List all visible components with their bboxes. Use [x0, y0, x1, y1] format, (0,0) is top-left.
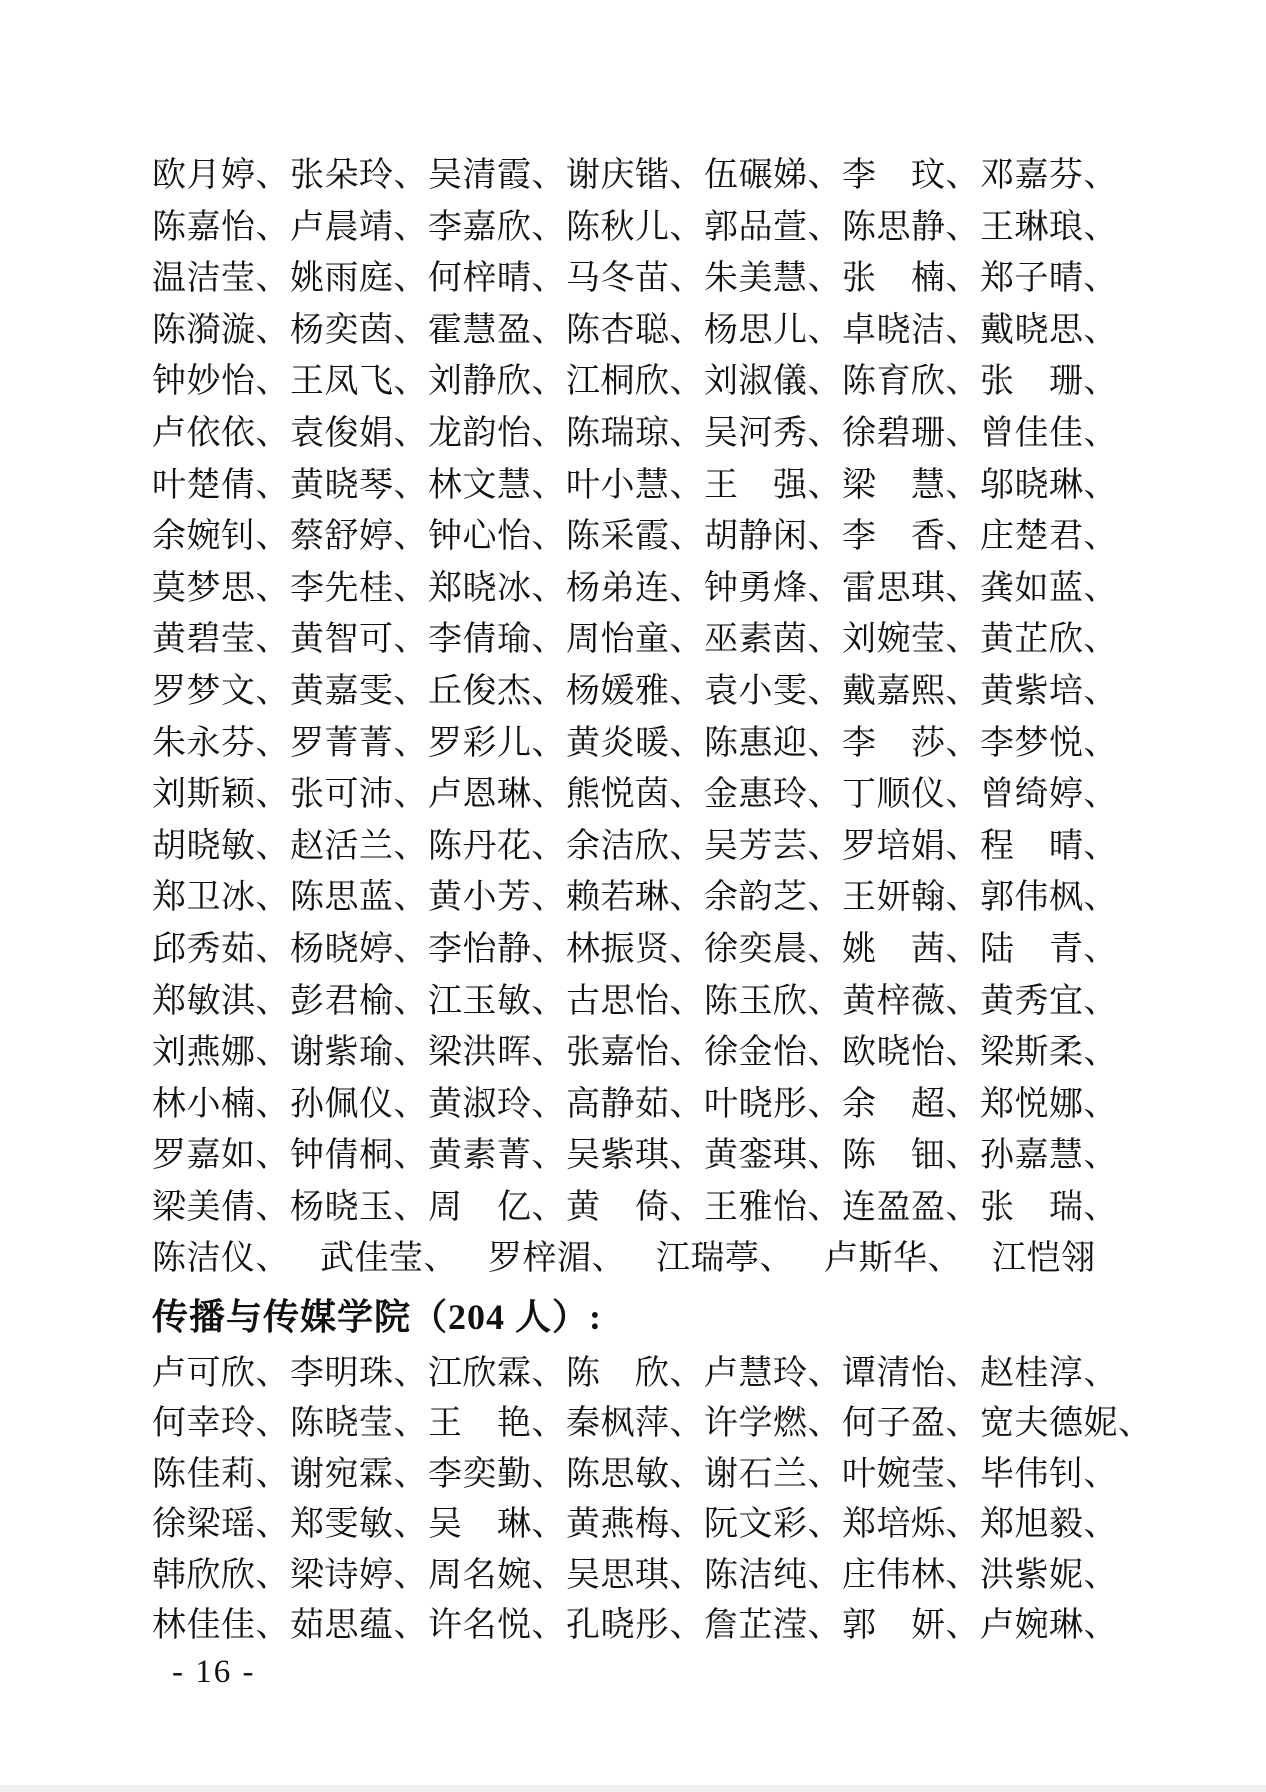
name-list-row: 何幸玲、陈晓莹、王 艳、秦枫萍、许学燃、何子盈、宽夫德妮、	[152, 1399, 1118, 1449]
student-name: 黄秀宜、	[980, 976, 1118, 1028]
student-name: 孔晓彤、	[566, 1601, 704, 1651]
student-name: 谢庆锴、	[566, 150, 704, 202]
student-name: 林振贤、	[566, 924, 704, 976]
name-list-row: 陈佳莉、谢宛霖、李奕勤、陈思敏、谢石兰、叶婉莹、毕伟钊、	[152, 1450, 1118, 1500]
student-name: 李 玟、	[842, 150, 980, 202]
student-name: 卢慧玲、	[704, 1349, 842, 1399]
student-name: 郑卫冰、	[152, 872, 290, 924]
name-list-row: 余婉钊、蔡舒婷、钟心怡、陈采霞、胡静闲、李 香、庄楚君、	[152, 511, 1118, 563]
student-name: 王妍翰、	[842, 872, 980, 924]
student-name: 雷思琪、	[842, 563, 980, 615]
student-name: 徐碧珊、	[842, 408, 980, 460]
student-name: 彭君榆、	[290, 976, 428, 1028]
student-name: 郭 妍、	[842, 1601, 980, 1651]
student-name: 曾佳佳、	[980, 408, 1118, 460]
student-name: 徐奕晨、	[704, 924, 842, 976]
student-name: 庄楚君、	[980, 511, 1118, 563]
student-name: 梁美倩、	[152, 1182, 290, 1234]
student-name: 林文慧、	[428, 460, 566, 512]
student-name: 龚如蓝、	[980, 563, 1118, 615]
name-list-row: 卢可欣、李明珠、江欣霖、陈 欣、卢慧玲、谭清怡、赵桂淳、	[152, 1349, 1118, 1399]
student-name: 叶小慧、	[566, 460, 704, 512]
student-name: 陈 钿、	[842, 1130, 980, 1182]
name-list-row: 叶楚倩、黄晓琴、林文慧、叶小慧、王 强、梁 慧、邬晓琳、	[152, 460, 1118, 512]
student-name: 卢晨靖、	[290, 202, 428, 254]
student-name: 黄芷欣、	[980, 614, 1118, 666]
student-name: 杨媛雅、	[566, 666, 704, 718]
student-name: 黄銮琪、	[704, 1130, 842, 1182]
student-name: 戴嘉熙、	[842, 666, 980, 718]
student-name: 王琳琅、	[980, 202, 1118, 254]
student-name: 林佳佳、	[152, 1601, 290, 1651]
student-name: 朱永芬、	[152, 718, 290, 770]
student-name: 周怡童、	[566, 614, 704, 666]
student-name: 庄伟林、	[842, 1551, 980, 1601]
student-name: 钟勇烽、	[704, 563, 842, 615]
name-list-row: 陈漪漩、杨奕茵、霍慧盈、陈杏聪、杨思儿、卓晓洁、戴晓思、	[152, 305, 1118, 357]
student-name: 朱美慧、	[704, 253, 842, 305]
student-name: 叶婉莹、	[842, 1450, 980, 1500]
student-name: 莫梦思、	[152, 563, 290, 615]
student-name: 叶楚倩、	[152, 460, 290, 512]
student-name: 宽夫德妮、	[980, 1399, 1153, 1449]
student-name: 陈育欣、	[842, 356, 980, 408]
name-list-row: 邱秀茹、杨晓婷、李怡静、林振贤、徐奕晨、姚 茜、陆 青、	[152, 924, 1118, 976]
name-list-row: 温洁莹、姚雨庭、何梓晴、马冬苗、朱美慧、张 楠、郑子晴、	[152, 253, 1118, 305]
student-name: 王雅怡、	[704, 1182, 842, 1234]
student-name: 李梦悦、	[980, 718, 1118, 770]
student-name: 陈洁纯、	[704, 1551, 842, 1601]
student-name: 余洁欣、	[566, 821, 704, 873]
student-name: 陈玉欣、	[704, 976, 842, 1028]
student-name: 茹思蕴、	[290, 1601, 428, 1651]
student-name: 黄晓琴、	[290, 460, 428, 512]
student-name: 陈洁仪、	[152, 1233, 290, 1285]
student-name: 许名悦、	[428, 1601, 566, 1651]
student-name: 李怡静、	[428, 924, 566, 976]
student-name: 梁斯柔、	[980, 1027, 1118, 1079]
student-name: 江欣霖、	[428, 1349, 566, 1399]
student-name: 龙韵怡、	[428, 408, 566, 460]
student-name: 伍碾娣、	[704, 150, 842, 202]
student-name: 钟妙怡、	[152, 356, 290, 408]
student-name: 邱秀茹、	[152, 924, 290, 976]
student-name: 丘俊杰、	[428, 666, 566, 718]
name-list-row: 胡晓敏、赵活兰、陈丹花、余洁欣、吴芳芸、罗培娟、程 晴、	[152, 821, 1118, 873]
student-name: 张 楠、	[842, 253, 980, 305]
student-name: 秦枫萍、	[566, 1399, 704, 1449]
student-name: 刘婉莹、	[842, 614, 980, 666]
student-name: 吴清霞、	[428, 150, 566, 202]
student-name: 黄碧莹、	[152, 614, 290, 666]
student-name: 余韵芝、	[704, 872, 842, 924]
student-name: 黄嘉雯、	[290, 666, 428, 718]
student-name: 胡晓敏、	[152, 821, 290, 873]
name-list-row: 林佳佳、茹思蕴、许名悦、孔晓彤、詹芷滢、郭 妍、卢婉琳、	[152, 1601, 1118, 1651]
student-name: 刘静欣、	[428, 356, 566, 408]
student-name: 姚雨庭、	[290, 253, 428, 305]
student-name: 郑子晴、	[980, 253, 1118, 305]
student-name: 江恺翎	[992, 1233, 1096, 1285]
student-name: 霍慧盈、	[428, 305, 566, 357]
name-list-row: 卢依依、袁俊娟、龙韵怡、陈瑞琼、吴河秀、徐碧珊、曾佳佳、	[152, 408, 1118, 460]
student-name: 赵桂淳、	[980, 1349, 1118, 1399]
student-name: 黄 倚、	[566, 1182, 704, 1234]
student-name: 梁 慧、	[842, 460, 980, 512]
student-name: 李 莎、	[842, 718, 980, 770]
student-name: 陈晓莹、	[290, 1399, 428, 1449]
student-name: 黄智可、	[290, 614, 428, 666]
name-list-row: 韩欣欣、梁诗婷、周名婉、吴思琪、陈洁纯、庄伟林、洪紫妮、	[152, 1551, 1118, 1601]
student-name: 江瑞葶、	[656, 1233, 794, 1285]
student-name: 钟倩桐、	[290, 1130, 428, 1182]
student-name: 武佳莹、	[320, 1233, 458, 1285]
student-name: 邓嘉芬、	[980, 150, 1118, 202]
student-name: 郭品萱、	[704, 202, 842, 254]
document-page: 欧月婷、张朵玲、吴清霞、谢庆锴、伍碾娣、李 玟、邓嘉芬、陈嘉怡、卢晨靖、李嘉欣、…	[0, 0, 1266, 1792]
name-list-block-1: 欧月婷、张朵玲、吴清霞、谢庆锴、伍碾娣、李 玟、邓嘉芬、陈嘉怡、卢晨靖、李嘉欣、…	[152, 150, 1118, 1285]
student-name: 陆 青、	[980, 924, 1118, 976]
student-name: 谢宛霖、	[290, 1450, 428, 1500]
student-name: 卓晓洁、	[842, 305, 980, 357]
student-name: 毕伟钊、	[980, 1450, 1118, 1500]
student-name: 陈采霞、	[566, 511, 704, 563]
student-name: 张 珊、	[980, 356, 1118, 408]
name-list-row: 罗梦文、黄嘉雯、丘俊杰、杨媛雅、袁小雯、戴嘉熙、黄紫培、	[152, 666, 1118, 718]
student-name: 梁诗婷、	[290, 1551, 428, 1601]
student-name: 陈漪漩、	[152, 305, 290, 357]
student-name: 黄淑玲、	[428, 1079, 566, 1131]
student-name: 杨晓婷、	[290, 924, 428, 976]
student-name: 金惠玲、	[704, 769, 842, 821]
student-name: 韩欣欣、	[152, 1551, 290, 1601]
student-name: 王 强、	[704, 460, 842, 512]
student-name: 王凤飞、	[290, 356, 428, 408]
name-list-row: 陈洁仪、武佳莹、罗梓湄、江瑞葶、卢斯华、江恺翎	[152, 1233, 1118, 1285]
student-name: 李明珠、	[290, 1349, 428, 1399]
student-name: 李奕勤、	[428, 1450, 566, 1500]
student-name: 李先桂、	[290, 563, 428, 615]
student-name: 曾绮婷、	[980, 769, 1118, 821]
student-name: 李嘉欣、	[428, 202, 566, 254]
student-name: 姚 茜、	[842, 924, 980, 976]
student-name: 杨弟连、	[566, 563, 704, 615]
name-list-row: 罗嘉如、钟倩桐、黄素菁、吴紫琪、黄銮琪、陈 钿、孙嘉慧、	[152, 1130, 1118, 1182]
student-name: 刘燕娜、	[152, 1027, 290, 1079]
student-name: 欧晓怡、	[842, 1027, 980, 1079]
student-name: 杨思儿、	[704, 305, 842, 357]
student-name: 徐金怡、	[704, 1027, 842, 1079]
student-name: 詹芷滢、	[704, 1601, 842, 1651]
student-name: 谢石兰、	[704, 1450, 842, 1500]
student-name: 吴思琪、	[566, 1551, 704, 1601]
name-list-row: 欧月婷、张朵玲、吴清霞、谢庆锴、伍碾娣、李 玟、邓嘉芬、	[152, 150, 1118, 202]
student-name: 梁洪晖、	[428, 1027, 566, 1079]
student-name: 袁俊娟、	[290, 408, 428, 460]
student-name: 熊悦茵、	[566, 769, 704, 821]
student-name: 杨晓玉、	[290, 1182, 428, 1234]
student-name: 郑敏淇、	[152, 976, 290, 1028]
student-name: 林小楠、	[152, 1079, 290, 1131]
student-name: 黄炎暖、	[566, 718, 704, 770]
student-name: 巫素茵、	[704, 614, 842, 666]
student-name: 连盈盈、	[842, 1182, 980, 1234]
student-name: 吴 琳、	[428, 1500, 566, 1550]
student-name: 郑旭毅、	[980, 1500, 1118, 1550]
student-name: 王 艳、	[428, 1399, 566, 1449]
student-name: 江桐欣、	[566, 356, 704, 408]
student-name: 郑培烁、	[842, 1500, 980, 1550]
student-name: 袁小雯、	[704, 666, 842, 718]
student-name: 吴紫琪、	[566, 1130, 704, 1182]
name-list-row: 刘斯颖、张可沛、卢恩琳、熊悦茵、金惠玲、丁顺仪、曾绮婷、	[152, 769, 1118, 821]
student-name: 李 香、	[842, 511, 980, 563]
name-list-row: 钟妙怡、王凤飞、刘静欣、江桐欣、刘淑儀、陈育欣、张 珊、	[152, 356, 1118, 408]
student-name: 程 晴、	[980, 821, 1118, 873]
student-name: 卢依依、	[152, 408, 290, 460]
student-name: 徐梁瑶、	[152, 1500, 290, 1550]
name-list-block-2: 卢可欣、李明珠、江欣霖、陈 欣、卢慧玲、谭清怡、赵桂淳、何幸玲、陈晓莹、王 艳、…	[152, 1349, 1118, 1651]
student-name: 罗菁菁、	[290, 718, 428, 770]
student-name: 黄小芳、	[428, 872, 566, 924]
student-name: 周名婉、	[428, 1551, 566, 1601]
student-name: 郑晓冰、	[428, 563, 566, 615]
name-list-row: 梁美倩、杨晓玉、周 亿、黄 倚、王雅怡、连盈盈、张 瑞、	[152, 1182, 1118, 1234]
student-name: 黄紫培、	[980, 666, 1118, 718]
student-name: 郑悦娜、	[980, 1079, 1118, 1131]
student-name: 陈思敏、	[566, 1450, 704, 1500]
student-name: 李倩瑜、	[428, 614, 566, 666]
student-name: 郭伟枫、	[980, 872, 1118, 924]
student-name: 黄燕梅、	[566, 1500, 704, 1550]
student-name: 陈丹花、	[428, 821, 566, 873]
student-name: 陈惠迎、	[704, 718, 842, 770]
student-name: 温洁莹、	[152, 253, 290, 305]
name-list-row: 陈嘉怡、卢晨靖、李嘉欣、陈秋儿、郭品萱、陈思静、王琳琅、	[152, 202, 1118, 254]
student-name: 胡静闲、	[704, 511, 842, 563]
student-name: 赖若琳、	[566, 872, 704, 924]
name-list-row: 郑敏淇、彭君榆、江玉敏、古思怡、陈玉欣、黄梓薇、黄秀宜、	[152, 976, 1118, 1028]
student-name: 张朵玲、	[290, 150, 428, 202]
student-name: 戴晓思、	[980, 305, 1118, 357]
student-name: 周 亿、	[428, 1182, 566, 1234]
student-name: 黄梓薇、	[842, 976, 980, 1028]
name-list-row: 刘燕娜、谢紫瑜、梁洪晖、张嘉怡、徐金怡、欧晓怡、梁斯柔、	[152, 1027, 1118, 1079]
student-name: 何幸玲、	[152, 1399, 290, 1449]
student-name: 罗嘉如、	[152, 1130, 290, 1182]
student-name: 叶晓彤、	[704, 1079, 842, 1131]
student-name: 卢斯华、	[824, 1233, 962, 1285]
student-name: 陈佳莉、	[152, 1450, 290, 1500]
section-heading: 传播与传媒学院（204 人）:	[152, 1291, 602, 1343]
student-name: 赵活兰、	[290, 821, 428, 873]
student-name: 邬晓琳、	[980, 460, 1118, 512]
student-name: 陈嘉怡、	[152, 202, 290, 254]
student-name: 孙佩仪、	[290, 1079, 428, 1131]
student-name: 张嘉怡、	[566, 1027, 704, 1079]
student-name: 余 超、	[842, 1079, 980, 1131]
student-name: 吴芳芸、	[704, 821, 842, 873]
bottom-strip	[0, 1785, 1266, 1792]
name-list-row: 徐梁瑶、郑雯敏、吴 琳、黄燕梅、阮文彩、郑培烁、郑旭毅、	[152, 1500, 1118, 1550]
student-name: 江玉敏、	[428, 976, 566, 1028]
student-name: 黄素菁、	[428, 1130, 566, 1182]
student-name: 卢婉琳、	[980, 1601, 1118, 1651]
student-name: 张 瑞、	[980, 1182, 1118, 1234]
name-list-row: 黄碧莹、黄智可、李倩瑜、周怡童、巫素茵、刘婉莹、黄芷欣、	[152, 614, 1118, 666]
student-name: 马冬苗、	[566, 253, 704, 305]
student-name: 刘淑儀、	[704, 356, 842, 408]
student-name: 高静茹、	[566, 1079, 704, 1131]
student-name: 丁顺仪、	[842, 769, 980, 821]
student-name: 杨奕茵、	[290, 305, 428, 357]
student-name: 陈秋儿、	[566, 202, 704, 254]
student-name: 陈 欣、	[566, 1349, 704, 1399]
name-list-row: 朱永芬、罗菁菁、罗彩儿、黄炎暖、陈惠迎、李 莎、李梦悦、	[152, 718, 1118, 770]
name-list-row: 莫梦思、李先桂、郑晓冰、杨弟连、钟勇烽、雷思琪、龚如蓝、	[152, 563, 1118, 615]
student-name: 钟心怡、	[428, 511, 566, 563]
student-name: 罗梓湄、	[488, 1233, 626, 1285]
student-name: 吴河秀、	[704, 408, 842, 460]
student-name: 郑雯敏、	[290, 1500, 428, 1550]
student-name: 罗梦文、	[152, 666, 290, 718]
student-name: 罗培娟、	[842, 821, 980, 873]
student-name: 谢紫瑜、	[290, 1027, 428, 1079]
student-name: 陈瑞琼、	[566, 408, 704, 460]
page-number: - 16 -	[172, 1650, 255, 1694]
student-name: 许学燃、	[704, 1399, 842, 1449]
student-name: 谭清怡、	[842, 1349, 980, 1399]
student-name: 卢可欣、	[152, 1349, 290, 1399]
name-list-row: 郑卫冰、陈思蓝、黄小芳、赖若琳、余韵芝、王妍翰、郭伟枫、	[152, 872, 1118, 924]
student-name: 何子盈、	[842, 1399, 980, 1449]
name-list-row: 林小楠、孙佩仪、黄淑玲、高静茹、叶晓彤、余 超、郑悦娜、	[152, 1079, 1118, 1131]
student-name: 陈思静、	[842, 202, 980, 254]
student-name: 古思怡、	[566, 976, 704, 1028]
student-name: 陈杏聪、	[566, 305, 704, 357]
student-name: 刘斯颖、	[152, 769, 290, 821]
student-name: 何梓晴、	[428, 253, 566, 305]
student-name: 张可沛、	[290, 769, 428, 821]
student-name: 欧月婷、	[152, 150, 290, 202]
student-name: 阮文彩、	[704, 1500, 842, 1550]
student-name: 陈思蓝、	[290, 872, 428, 924]
student-name: 余婉钊、	[152, 511, 290, 563]
student-name: 卢恩琳、	[428, 769, 566, 821]
student-name: 孙嘉慧、	[980, 1130, 1118, 1182]
student-name: 蔡舒婷、	[290, 511, 428, 563]
student-name: 罗彩儿、	[428, 718, 566, 770]
student-name: 洪紫妮、	[980, 1551, 1118, 1601]
